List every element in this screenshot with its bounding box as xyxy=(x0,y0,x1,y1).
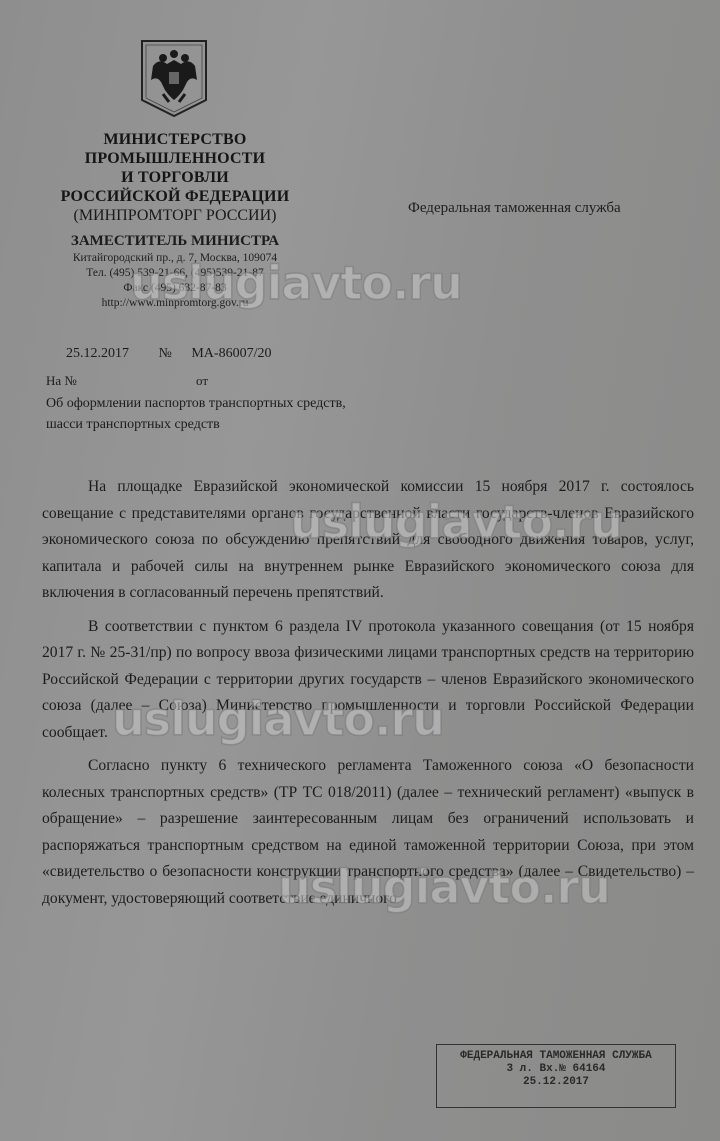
paragraph: В соответствии с пунктом 6 раздела IV пр… xyxy=(42,614,694,747)
address: Китайгородский пр., д. 7, Москва, 109074 xyxy=(40,251,310,266)
incoming-stamp: ФЕДЕРАЛЬНАЯ ТАМОЖЕННАЯ СЛУЖБА 3 л. Вх.№ … xyxy=(436,1044,676,1108)
org-name-line: И ТОРГОВЛИ xyxy=(40,168,310,187)
stamp-org: ФЕДЕРАЛЬНАЯ ТАМОЖЕННАЯ СЛУЖБА xyxy=(437,1050,675,1063)
phone: Тел. (495) 539-21-66, (495)539-21-87 xyxy=(40,266,310,281)
document-body: На площадке Евразийской экономической ко… xyxy=(42,474,694,919)
document-date: 25.12.2017 xyxy=(66,346,129,362)
recipient: Федеральная таможенная служба xyxy=(408,200,621,217)
stamp-date: 25.12.2017 xyxy=(437,1076,675,1089)
reply-to-label: На № xyxy=(46,373,77,388)
reply-reference: На № от xyxy=(46,373,346,389)
letterhead: МИНИСТЕРСТВО ПРОМЫШЛЕННОСТИ И ТОРГОВЛИ Р… xyxy=(40,130,310,311)
document-page: МИНИСТЕРСТВО ПРОМЫШЛЕННОСТИ И ТОРГОВЛИ Р… xyxy=(0,0,720,1141)
number-sign: № xyxy=(159,346,172,362)
document-number: МА-86007/20 xyxy=(191,346,271,362)
website: http://www.minpromtorg.gov.ru xyxy=(40,296,310,311)
fax: Факс (495) 632-87-83 xyxy=(40,281,310,296)
org-name-line: МИНИСТЕРСТВО xyxy=(40,130,310,149)
registration-line: 25.12.2017 № МА-86007/20 xyxy=(66,346,271,362)
org-short-name: (МИНПРОМТОРГ РОССИИ) xyxy=(40,206,310,226)
paragraph: Согласно пункту 6 технического регламент… xyxy=(42,753,694,912)
coat-of-arms-icon xyxy=(139,38,209,118)
signatory-role: ЗАМЕСТИТЕЛЬ МИНИСТРА xyxy=(40,232,310,251)
stamp-incoming-number: 3 л. Вх.№ 64164 xyxy=(437,1063,675,1076)
org-name-line: ПРОМЫШЛЕННОСТИ xyxy=(40,149,310,168)
reply-from-label: от xyxy=(196,373,208,389)
org-name-line: РОССИЙСКОЙ ФЕДЕРАЦИИ xyxy=(40,187,310,206)
paragraph: На площадке Евразийской экономической ко… xyxy=(42,474,694,607)
document-subject: Об оформлении паспортов транспортных сре… xyxy=(46,393,346,435)
